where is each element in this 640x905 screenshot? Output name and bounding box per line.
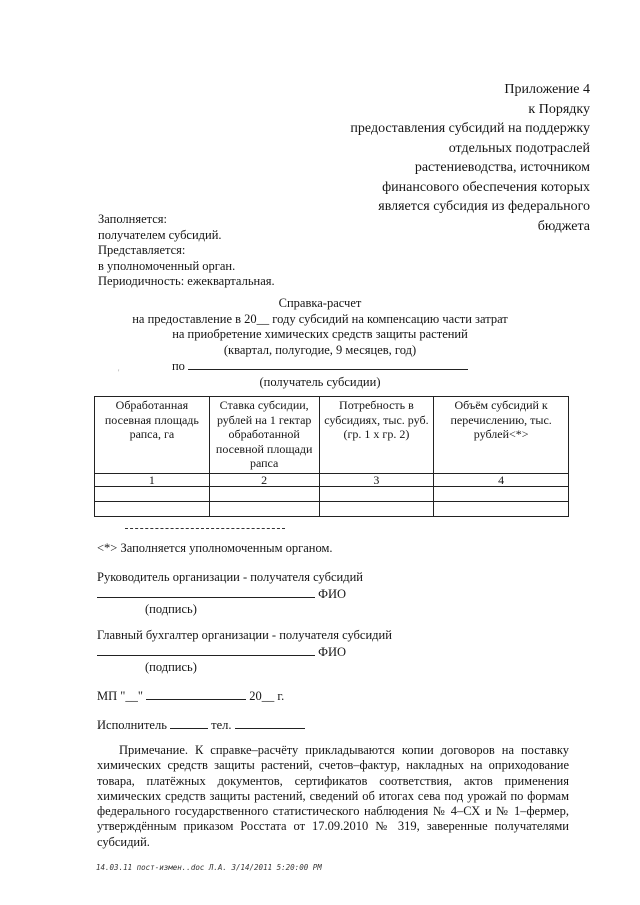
signature-head: Руководитель организации - получателя су… xyxy=(97,570,363,617)
fill-info-line: в уполномоченный орган. xyxy=(98,259,275,275)
executor-line: Исполнитель тел. xyxy=(97,717,305,733)
signature-caption: (подпись) xyxy=(97,602,363,617)
signature-field[interactable] xyxy=(97,643,315,656)
header-cell: Потребность в субсидиях, тыс. руб. (гр. … xyxy=(319,397,434,474)
recipient-field[interactable] xyxy=(188,358,468,370)
table-cell[interactable] xyxy=(95,502,210,517)
form-title-block: Справка-расчет на предоставление в 20__ … xyxy=(100,296,540,390)
mp-label: МП "__" xyxy=(97,689,143,703)
year-label: 20__ г. xyxy=(249,689,284,703)
month-field[interactable] xyxy=(146,688,246,700)
footnote-divider xyxy=(125,528,285,529)
fio-label: ФИО xyxy=(318,587,346,601)
appendix-line: бюджета xyxy=(300,217,590,237)
table-cell[interactable] xyxy=(209,502,319,517)
table-cell[interactable] xyxy=(319,487,434,502)
fill-info-line: Заполняется: xyxy=(98,212,275,228)
fill-info: Заполняется: получателем субсидий. Предс… xyxy=(98,212,275,290)
signature-role: Главный бухгалтер организации - получате… xyxy=(97,628,392,643)
recipient-line: по xyxy=(100,358,540,375)
header-cell: Объём субсидий к перечислению, тыс. рубл… xyxy=(434,397,569,474)
appendix-line: растениеводства, источником xyxy=(300,158,590,178)
appendix-line: Приложение 4 xyxy=(300,80,590,100)
column-number: 3 xyxy=(319,474,434,487)
form-subtitle: на приобретение химических средств защит… xyxy=(100,327,540,343)
table-header-row: Обработанная посевная площадь рапса, га … xyxy=(95,397,569,474)
signature-caption: (подпись) xyxy=(97,660,392,675)
header-cell: Обработанная посевная площадь рапса, га xyxy=(95,397,210,474)
executor-field[interactable] xyxy=(170,717,208,729)
form-subtitle: на предоставление в 20__ году субсидий н… xyxy=(100,312,540,328)
table-row xyxy=(95,487,569,502)
fio-label: ФИО xyxy=(318,645,346,659)
appendix-line: к Порядку xyxy=(300,100,590,120)
signature-field[interactable] xyxy=(97,585,315,598)
form-title: Справка-расчет xyxy=(100,296,540,312)
column-number: 4 xyxy=(434,474,569,487)
document-footer: 14.03.11 пост-измен..doc Л.А. 3/14/2011 … xyxy=(96,863,322,872)
table-row xyxy=(95,502,569,517)
appendix-line: финансового обеспечения которых xyxy=(300,178,590,198)
column-number: 1 xyxy=(95,474,210,487)
footnote: <*> Заполняется уполномоченным органом. xyxy=(97,541,333,556)
signature-accountant: Главный бухгалтер организации - получате… xyxy=(97,628,392,675)
appendix-line: предоставления субсидий на поддержку xyxy=(300,119,590,139)
phone-field[interactable] xyxy=(235,717,305,729)
appendix-line: отдельных подотраслей xyxy=(300,139,590,159)
table-cell[interactable] xyxy=(319,502,434,517)
column-number-row: 1 2 3 4 xyxy=(95,474,569,487)
header-cell: Ставка субсидии, рублей на 1 гектар обра… xyxy=(209,397,319,474)
subsidy-table: Обработанная посевная площадь рапса, га … xyxy=(94,396,569,517)
note-paragraph: Примечание. К справке–расчёту прикладыва… xyxy=(97,743,569,850)
signature-role: Руководитель организации - получателя су… xyxy=(97,570,363,585)
po-label: по xyxy=(172,359,185,373)
period-caption: (квартал, полугодие, 9 месяцев, год) xyxy=(100,343,540,359)
fill-info-line: получателем субсидий. xyxy=(98,228,275,244)
phone-label: тел. xyxy=(211,718,231,732)
executor-label: Исполнитель xyxy=(97,718,167,732)
appendix-line: является субсидия из федерального xyxy=(300,197,590,217)
table-cell[interactable] xyxy=(434,487,569,502)
table-cell[interactable] xyxy=(434,502,569,517)
column-number: 2 xyxy=(209,474,319,487)
table-cell[interactable] xyxy=(209,487,319,502)
fill-info-line: Представляется: xyxy=(98,243,275,259)
table-cell[interactable] xyxy=(95,487,210,502)
fill-info-line: Периодичность: ежеквартальная. xyxy=(98,274,275,290)
recipient-caption: (получатель субсидии) xyxy=(100,375,540,391)
signature-line: ФИО xyxy=(97,585,363,602)
signature-line: ФИО xyxy=(97,643,392,660)
appendix-header: Приложение 4 к Порядку предоставления су… xyxy=(300,80,590,236)
stamp-date-line: МП "__" 20__ г. xyxy=(97,688,284,704)
scan-mark: ' xyxy=(118,368,119,377)
